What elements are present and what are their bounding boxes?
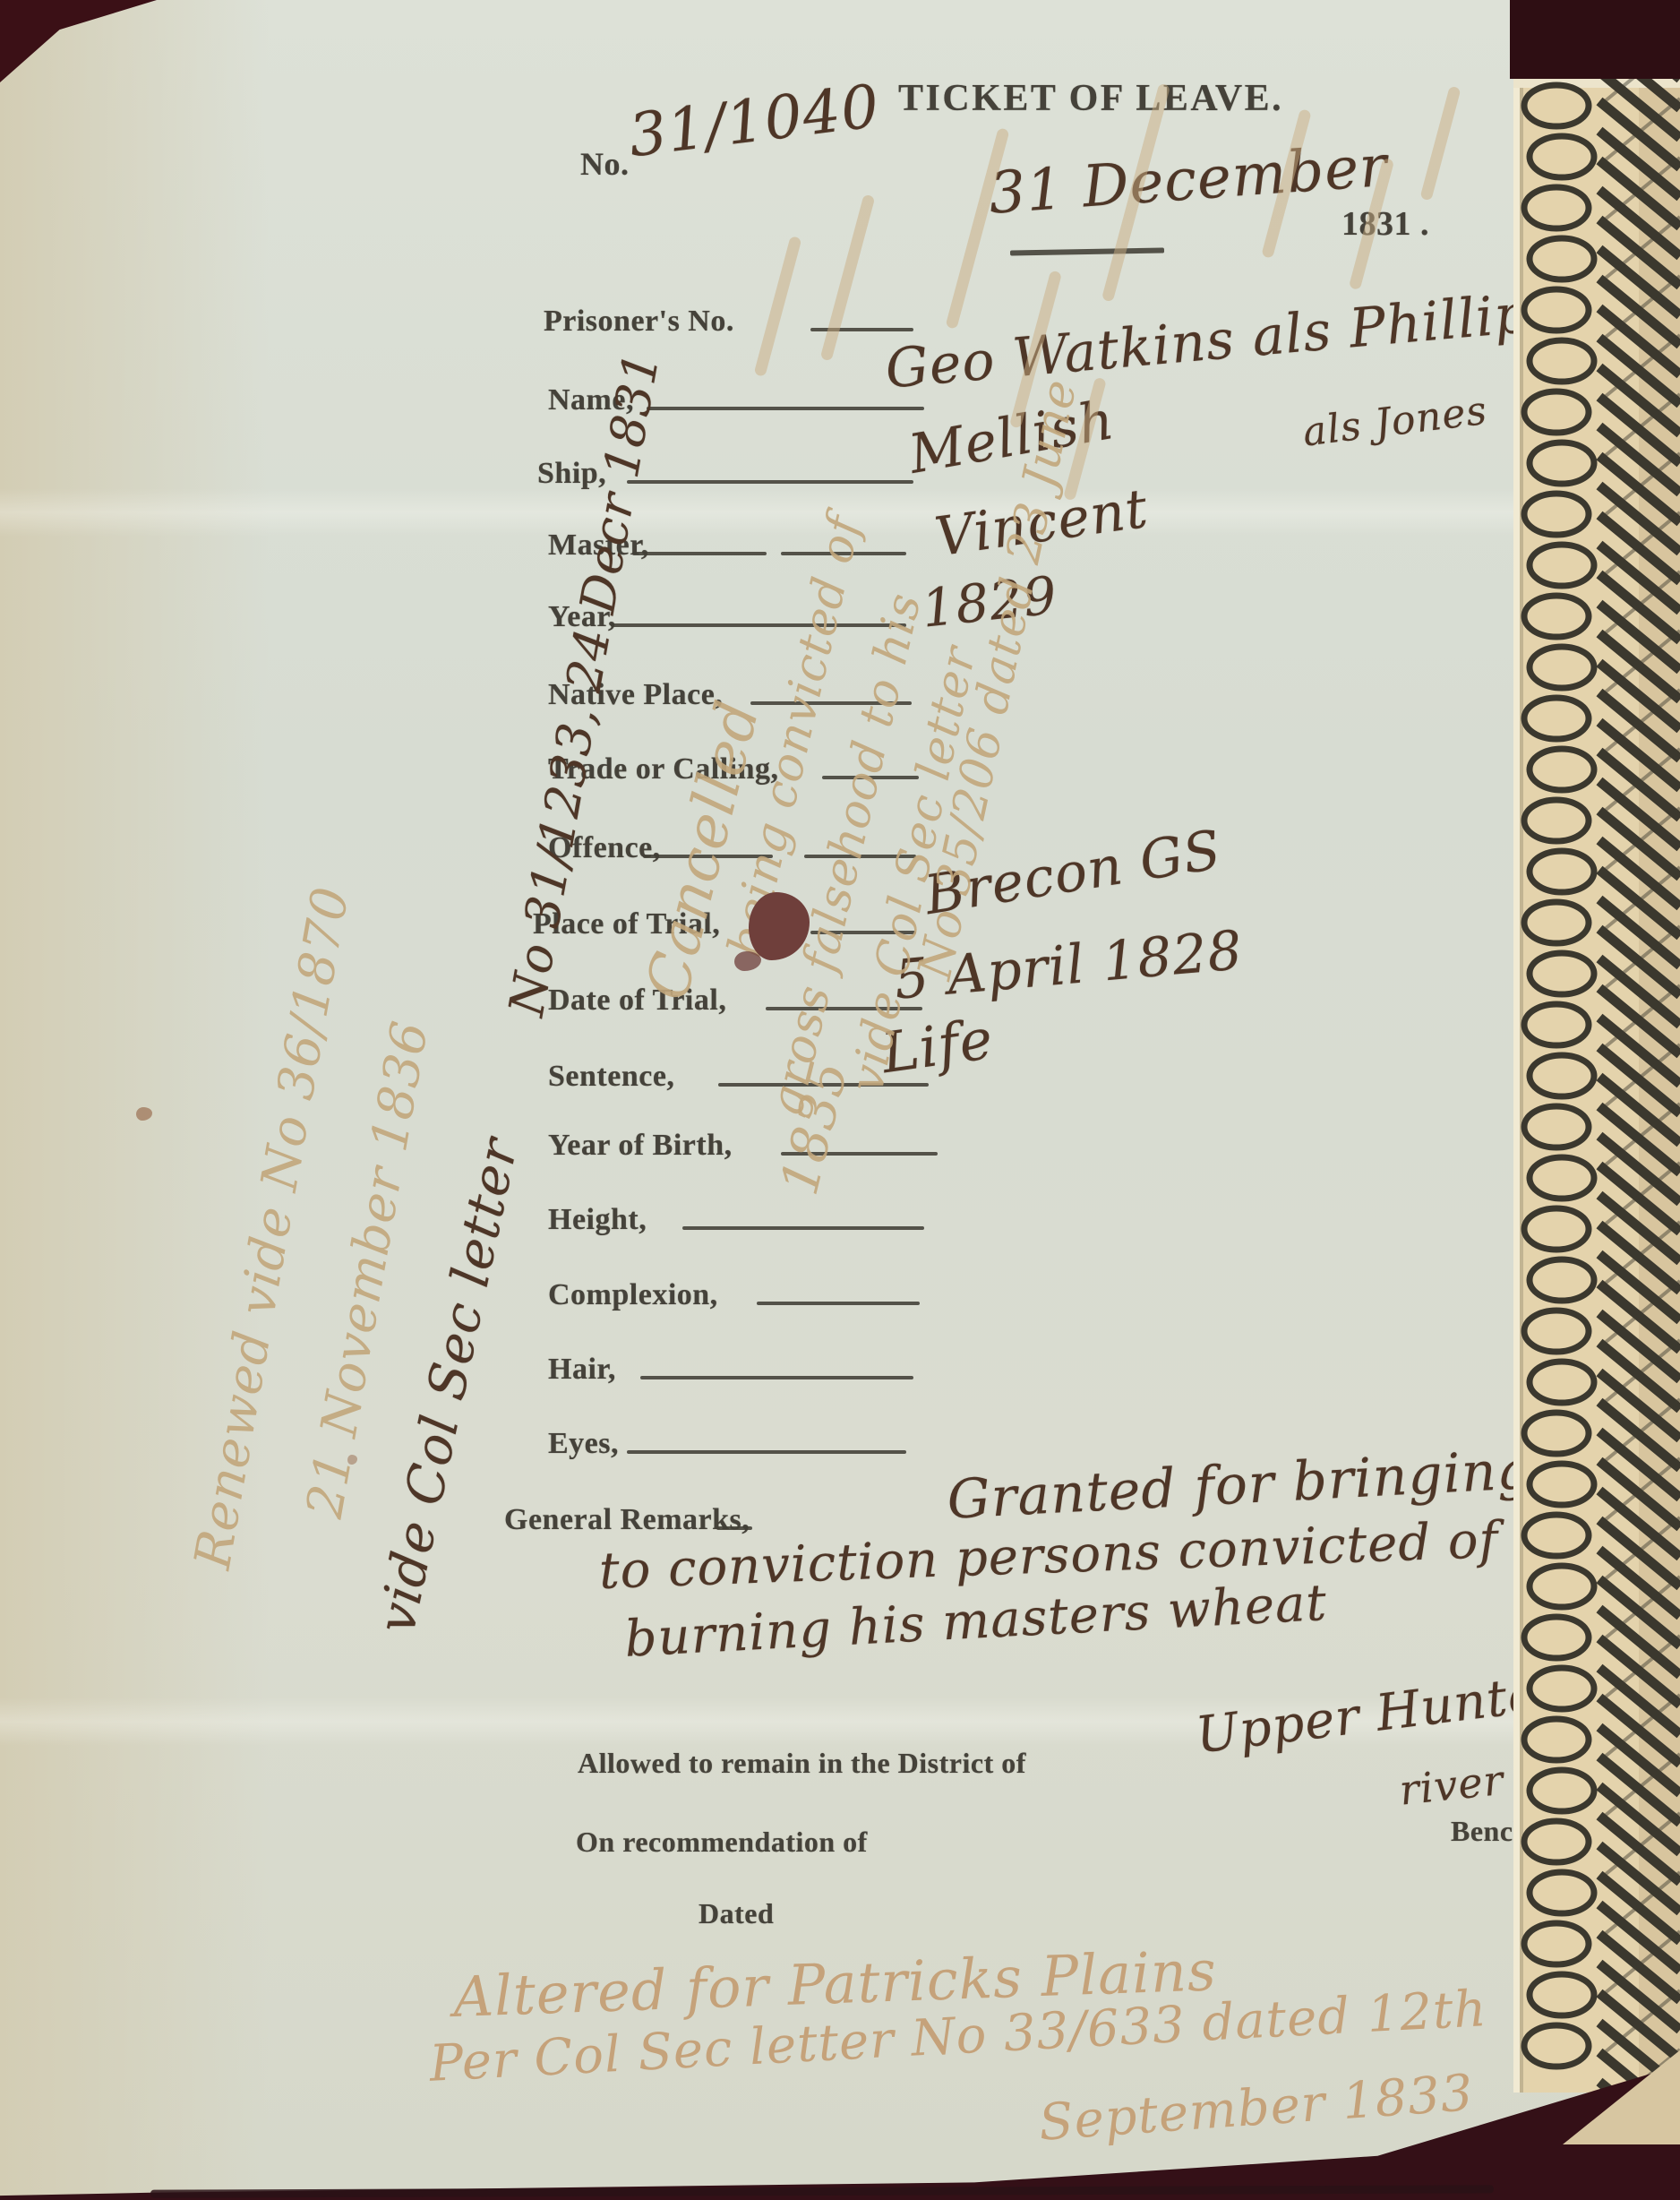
- field-rule: [757, 1302, 920, 1305]
- field-rule: [682, 1226, 924, 1230]
- recommendation-label: On recommendation of: [576, 1826, 868, 1859]
- field-rule: [640, 1376, 913, 1379]
- district-label: Allowed to remain in the District of: [578, 1747, 1026, 1780]
- field-label: Hair,: [548, 1353, 616, 1387]
- field-rule: [716, 1526, 752, 1530]
- field-label: Height,: [548, 1203, 647, 1237]
- field-rule: [632, 552, 767, 555]
- date-printed-year: 1831 .: [1341, 204, 1429, 244]
- field-label: Prisoner's No.: [544, 305, 734, 339]
- number-label: No.: [580, 145, 630, 183]
- field-rule: [647, 407, 924, 410]
- field-label: General Remarks,: [504, 1503, 750, 1537]
- field-rule: [627, 480, 913, 484]
- field-rule: [611, 623, 906, 627]
- page-title: TICKET OF LEAVE.: [898, 77, 1283, 120]
- field-label: Eyes,: [548, 1427, 619, 1461]
- binding-corner-top-right: [1510, 0, 1680, 79]
- paper-crease: [0, 488, 1522, 537]
- field-label: Sentence,: [548, 1060, 674, 1094]
- adjacent-page-edge-pattern: [1513, 75, 1680, 2093]
- field-rule: [627, 1450, 906, 1454]
- field-label: Complexion,: [548, 1278, 718, 1312]
- scanned-ticket-of-leave-page: TICKET OF LEAVE. No. 31/1040 31 December…: [0, 0, 1680, 2200]
- field-rule: [810, 328, 913, 331]
- field-label: Year of Birth,: [548, 1129, 733, 1163]
- dated-label: Dated: [699, 1897, 774, 1930]
